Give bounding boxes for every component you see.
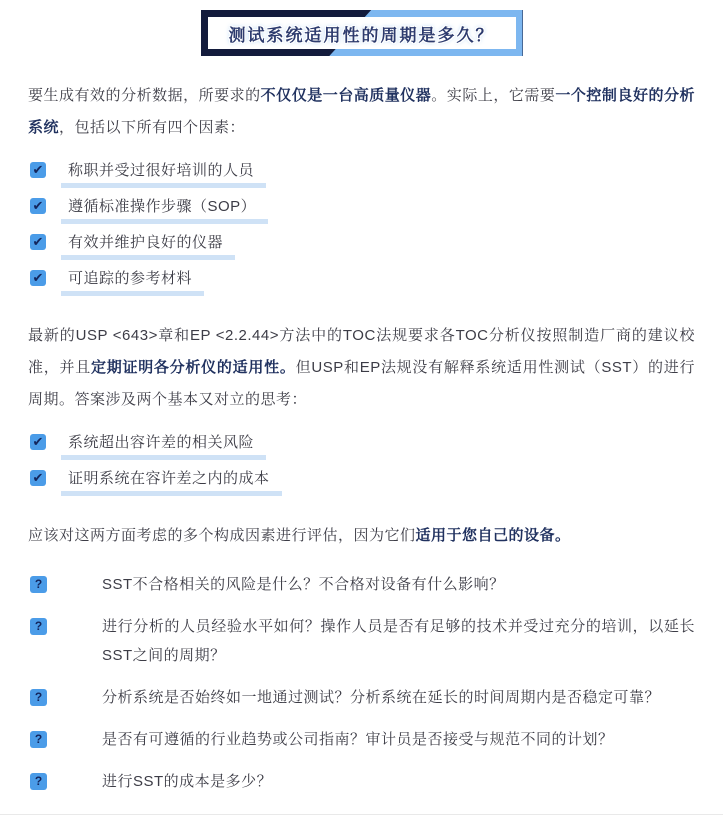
checkmark-icon: ✔ <box>30 434 46 450</box>
question-text: 分析系统是否始终如一地通过测试？分析系统在延长的时间周期内是否稳定可靠？ <box>102 683 660 712</box>
checkmark-icon: ✔ <box>30 162 46 178</box>
intro-paragraph: 要生成有效的分析数据，所要求的不仅仅是一台高质量仪器。实际上，它需要一个控制良好… <box>28 80 695 144</box>
checkmark-icon: ✔ <box>30 270 46 286</box>
list-item: ✔ 证明系统在容许差之内的成本 <box>28 468 695 496</box>
question-mark-icon: ? <box>30 731 47 748</box>
list-item: ? 分析系统是否始终如一地通过测试？分析系统在延长的时间周期内是否稳定可靠？ <box>28 683 695 712</box>
considerations-checklist: ✔ 系统超出容许差的相关风险 ✔ 证明系统在容许差之内的成本 <box>28 432 695 496</box>
paragraph-text: 要生成有效的分析数据，所要求的 <box>28 87 261 104</box>
list-item: ? SST不合格相关的风险是什么？不合格对设备有什么影响？ <box>28 570 695 599</box>
paragraph-text: 。实际上，它需要 <box>431 87 555 104</box>
question-text: 是否有可遵循的行业趋势或公司指南？审计员是否接受与规范不同的计划？ <box>102 725 614 754</box>
paragraph-emphasis: 不仅仅是一台高质量仪器 <box>261 87 432 104</box>
paragraph-emphasis: 适用于您自己的设备。 <box>416 527 571 544</box>
list-item: ? 是否有可遵循的行业趋势或公司指南？审计员是否接受与规范不同的计划？ <box>28 725 695 754</box>
question-text: SST不合格相关的风险是什么？不合格对设备有什么影响？ <box>102 570 505 599</box>
list-item: ✔ 可追踪的参考材料 <box>28 268 695 296</box>
paragraph-text: ，包括以下所有四个因素： <box>59 119 245 136</box>
question-text: 进行SST的成本是多少？ <box>102 767 272 796</box>
checklist-label: 系统超出容许差的相关风险 <box>61 432 266 460</box>
checklist-label: 可追踪的参考材料 <box>61 268 204 296</box>
checklist-label: 证明系统在容许差之内的成本 <box>61 468 282 496</box>
paragraph-emphasis: 定期证明各分析仪的适用性。 <box>91 359 296 376</box>
list-item: ✔ 系统超出容许差的相关风险 <box>28 432 695 460</box>
list-item: ✔ 称职并受过很好培训的人员 <box>28 160 695 188</box>
question-mark-icon: ? <box>30 773 47 790</box>
factors-checklist: ✔ 称职并受过很好培训的人员 ✔ 遵循标准操作步骤（SOP） ✔ 有效并维护良好… <box>28 160 695 296</box>
list-item: ✔ 有效并维护良好的仪器 <box>28 232 695 260</box>
question-mark-icon: ? <box>30 689 47 706</box>
question-text: 进行分析的人员经验水平如何？操作人员是否有足够的技术并受过充分的培训，以延长SS… <box>102 612 695 670</box>
list-item: ? 进行分析的人员经验水平如何？操作人员是否有足够的技术并受过充分的培训，以延长… <box>28 612 695 670</box>
paragraph-text: 应该对这两方面考虑的多个构成因素进行评估，因为它们 <box>28 527 416 544</box>
evaluation-paragraph: 应该对这两方面考虑的多个构成因素进行评估，因为它们适用于您自己的设备。 <box>28 520 695 552</box>
checkmark-icon: ✔ <box>30 198 46 214</box>
checklist-label: 遵循标准操作步骤（SOP） <box>61 196 268 224</box>
article-page: 测试系统适用性的周期是多久？ 要生成有效的分析数据，所要求的不仅仅是一台高质量仪… <box>0 0 723 815</box>
question-mark-icon: ? <box>30 618 47 635</box>
checkmark-icon: ✔ <box>30 234 46 250</box>
title-banner: 测试系统适用性的周期是多久？ <box>201 10 523 56</box>
title-banner-inner: 测试系统适用性的周期是多久？ <box>208 17 516 49</box>
list-item: ? 进行SST的成本是多少？ <box>28 767 695 796</box>
question-list: ? SST不合格相关的风险是什么？不合格对设备有什么影响？ ? 进行分析的人员经… <box>28 570 695 796</box>
checklist-label: 有效并维护良好的仪器 <box>61 232 235 260</box>
checklist-label: 称职并受过很好培训的人员 <box>61 160 266 188</box>
checkmark-icon: ✔ <box>30 470 46 486</box>
regulations-paragraph: 最新的USP <643>章和EP <2.2.44>方法中的TOC法规要求各TOC… <box>28 320 695 416</box>
page-title: 测试系统适用性的周期是多久？ <box>229 21 495 46</box>
list-item: ✔ 遵循标准操作步骤（SOP） <box>28 196 695 224</box>
question-mark-icon: ? <box>30 576 47 593</box>
